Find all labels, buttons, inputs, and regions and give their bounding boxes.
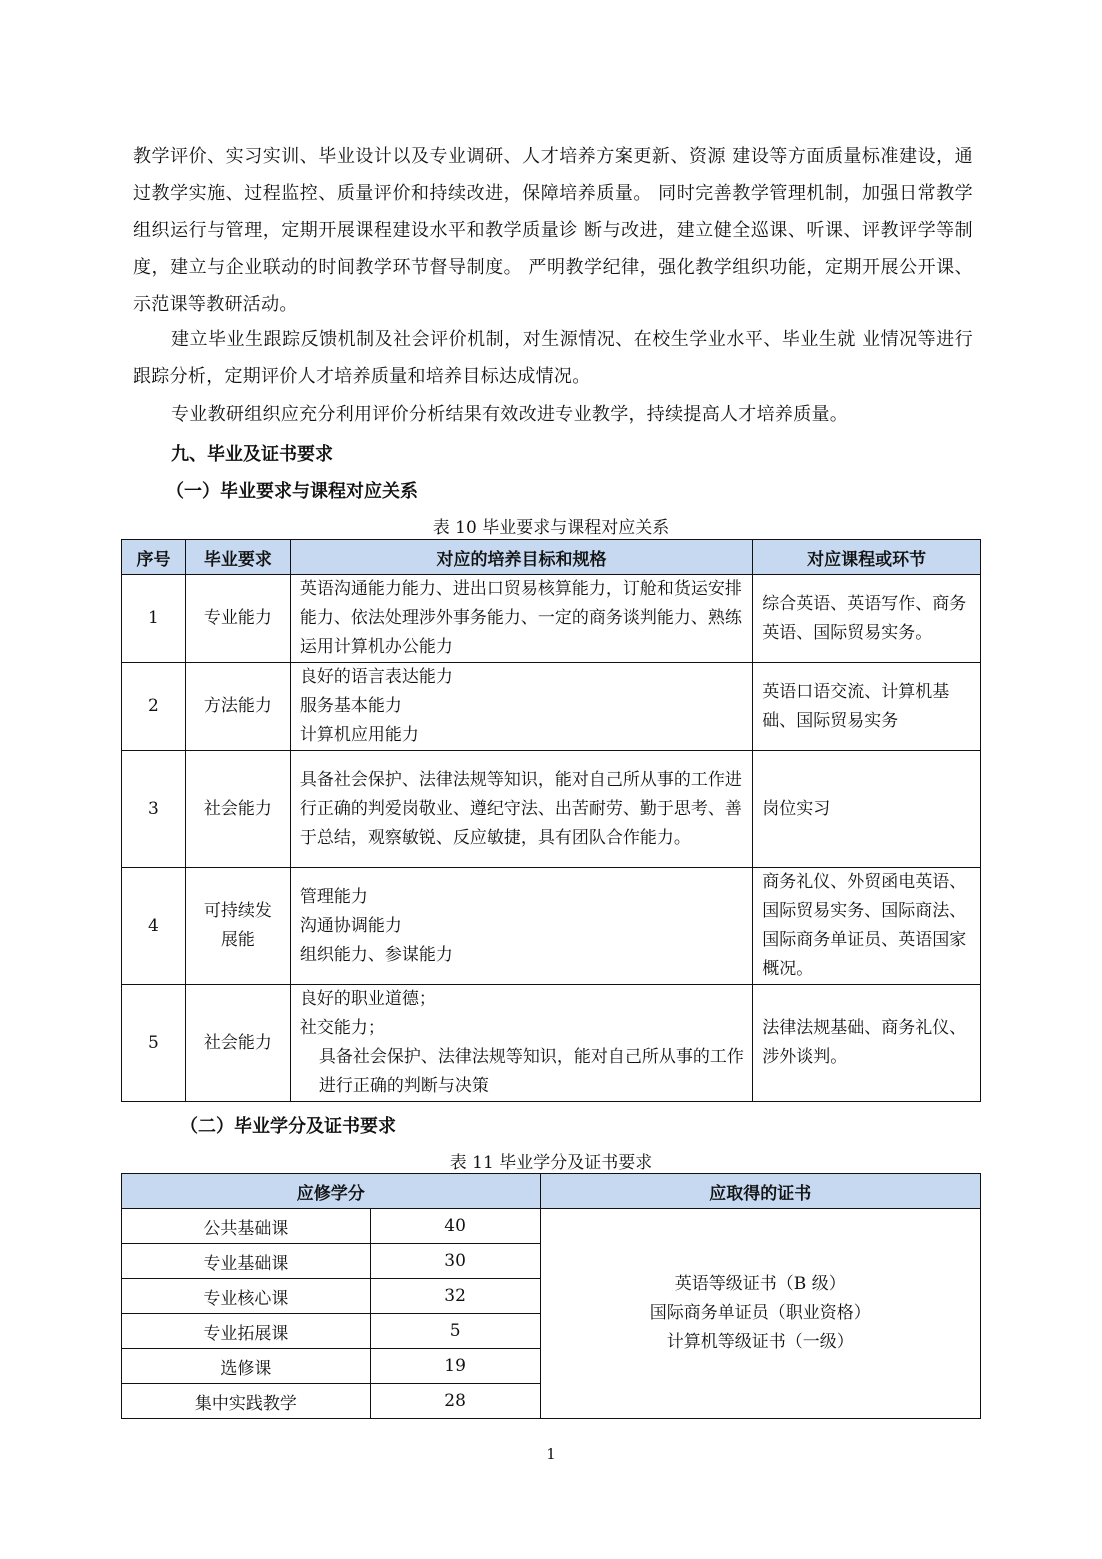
row-goals: 良好的语言表达能力 服务基本能力 计算机应用能力 <box>290 663 752 751</box>
course-name: 选修课 <box>122 1349 371 1384</box>
course-name: 集中实践教学 <box>122 1384 371 1419</box>
certificates-cell: 英语等级证书（B 级） 国际商务单证员（职业资格） 计算机等级证书（一级） <box>540 1209 981 1419</box>
credits-certificates-table: 应修学分 应取得的证书 公共基础课 40 英语等级证书（B 级） 国际商务单证员… <box>121 1173 981 1419</box>
subsection-heading-2: （二）毕业学分及证书要求 <box>180 1112 396 1138</box>
goal-line: 社交能力； <box>300 1014 746 1043</box>
header-no: 序号 <box>122 540 186 575</box>
goal-line: 良好的职业道德； <box>300 985 746 1014</box>
header-goals: 对应的培养目标和规格 <box>290 540 752 575</box>
certificate-item: 国际商务单证员（职业资格） <box>541 1299 981 1328</box>
table-header-row: 应修学分 应取得的证书 <box>122 1174 981 1209</box>
row-requirement: 社会能力 <box>185 751 290 868</box>
course-credits: 5 <box>370 1314 540 1349</box>
course-credits: 19 <box>370 1349 540 1384</box>
row-no: 2 <box>122 663 186 751</box>
row-goals: 良好的职业道德； 社交能力； 具备社会保护、法律法规等知识，能对自己所从事的工作… <box>290 985 752 1102</box>
row-requirement: 专业能力 <box>185 575 290 663</box>
header-requirement: 毕业要求 <box>185 540 290 575</box>
course-credits: 30 <box>370 1244 540 1279</box>
header-certificates: 应取得的证书 <box>540 1174 981 1209</box>
row-goals: 具备社会保护、法律法规等知识，能对自己所从事的工作进行正确的判爱岗敬业、遵纪守法… <box>290 751 752 868</box>
certificate-item: 计算机等级证书（一级） <box>541 1328 981 1357</box>
subsection-heading-1: （一）毕业要求与课程对应关系 <box>166 477 418 503</box>
row-requirement: 可持续发展能 <box>185 868 290 985</box>
table-row: 4 可持续发展能 管理能力 沟通协调能力 组织能力、参谋能力 商务礼仪、外贸函电… <box>122 868 981 985</box>
goal-line: 英语沟通能力能力、进出口贸易核算能力，订舱和货运安排能力、依法处理涉外事务能力、… <box>300 575 746 662</box>
row-courses: 商务礼仪、外贸函电英语、国际贸易实务、国际商法、国际商务单证员、英语国家概况。 <box>753 868 981 985</box>
course-name: 专业核心课 <box>122 1279 371 1314</box>
goal-line: 沟通协调能力 <box>300 912 746 941</box>
table10-caption: 表 10 毕业要求与课程对应关系 <box>0 513 1102 538</box>
header-courses: 对应课程或环节 <box>753 540 981 575</box>
table11-caption: 表 11 毕业学分及证书要求 <box>0 1148 1102 1173</box>
table-row: 1 专业能力 英语沟通能力能力、进出口贸易核算能力，订舱和货运安排能力、依法处理… <box>122 575 981 663</box>
header-credits: 应修学分 <box>122 1174 541 1209</box>
row-courses: 英语口语交流、计算机基础、国际贸易实务 <box>753 663 981 751</box>
row-no: 1 <box>122 575 186 663</box>
row-no: 5 <box>122 985 186 1102</box>
goal-line: 服务基本能力 <box>300 692 746 721</box>
course-name: 专业拓展课 <box>122 1314 371 1349</box>
goal-line: 具备社会保护、法律法规等知识，能对自己所从事的工作进行正确的判爱岗敬业、遵纪守法… <box>300 766 746 853</box>
row-goals: 管理能力 沟通协调能力 组织能力、参谋能力 <box>290 868 752 985</box>
row-requirement: 方法能力 <box>185 663 290 751</box>
page-number: 1 <box>0 1445 1102 1463</box>
table-row: 5 社会能力 良好的职业道德； 社交能力； 具备社会保护、法律法规等知识，能对自… <box>122 985 981 1102</box>
goal-line: 计算机应用能力 <box>300 721 746 750</box>
course-name: 专业基础课 <box>122 1244 371 1279</box>
row-no: 4 <box>122 868 186 985</box>
course-credits: 32 <box>370 1279 540 1314</box>
certificate-item: 英语等级证书（B 级） <box>541 1270 981 1299</box>
row-courses: 岗位实习 <box>753 751 981 868</box>
table-row: 2 方法能力 良好的语言表达能力 服务基本能力 计算机应用能力 英语口语交流、计… <box>122 663 981 751</box>
row-requirement: 社会能力 <box>185 985 290 1102</box>
table-row: 公共基础课 40 英语等级证书（B 级） 国际商务单证员（职业资格） 计算机等级… <box>122 1209 981 1244</box>
course-credits: 40 <box>370 1209 540 1244</box>
goal-line: 具备社会保护、法律法规等知识，能对自己所从事的工作进行正确的判断与决策 <box>300 1043 746 1101</box>
table-header-row: 序号 毕业要求 对应的培养目标和规格 对应课程或环节 <box>122 540 981 575</box>
paragraph-improve-teaching: 专业教研组织应充分利用评价分析结果有效改进专业教学，持续提高人才培养质量。 <box>133 396 973 433</box>
goal-line: 组织能力、参谋能力 <box>300 941 746 970</box>
row-courses: 综合英语、英语写作、商务英语、国际贸易实务。 <box>753 575 981 663</box>
paragraph-quality-standards: 教学评价、实习实训、毕业设计以及专业调研、人才培养方案更新、资源 建设等方面质量… <box>133 138 973 323</box>
paragraph-graduate-tracking: 建立毕业生跟踪反馈机制及社会评价机制，对生源情况、在校生学业水平、毕业生就 业情… <box>133 321 973 395</box>
section-heading: 九、毕业及证书要求 <box>171 440 333 466</box>
graduation-requirements-table: 序号 毕业要求 对应的培养目标和规格 对应课程或环节 1 专业能力 英语沟通能力… <box>121 539 981 1102</box>
goal-line: 管理能力 <box>300 883 746 912</box>
table-row: 3 社会能力 具备社会保护、法律法规等知识，能对自己所从事的工作进行正确的判爱岗… <box>122 751 981 868</box>
document-page: 教学评价、实习实训、毕业设计以及专业调研、人才培养方案更新、资源 建设等方面质量… <box>0 0 1102 1559</box>
course-name: 公共基础课 <box>122 1209 371 1244</box>
course-credits: 28 <box>370 1384 540 1419</box>
row-goals: 英语沟通能力能力、进出口贸易核算能力，订舱和货运安排能力、依法处理涉外事务能力、… <box>290 575 752 663</box>
row-courses: 法律法规基础、商务礼仪、涉外谈判。 <box>753 985 981 1102</box>
goal-line: 良好的语言表达能力 <box>300 663 746 692</box>
row-no: 3 <box>122 751 186 868</box>
